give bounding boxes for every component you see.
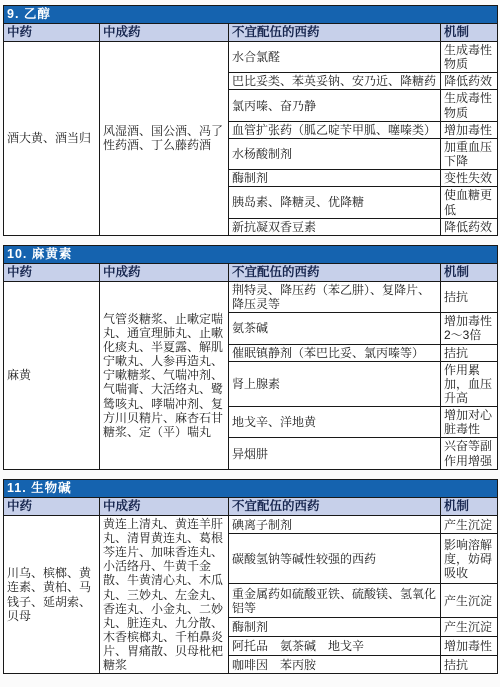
mechanism-cell: 增加毒性2～3倍 bbox=[441, 313, 498, 344]
mechanism-cell: 产生沉淀 bbox=[441, 584, 498, 618]
column-header-western-drug: 不宜配伍的西药 bbox=[229, 263, 441, 281]
column-header-mechanism: 机制 bbox=[441, 24, 498, 42]
mechanism-cell: 增加对心脏毒性 bbox=[441, 407, 498, 438]
western-drug-cell: 碘离子制剂 bbox=[229, 515, 441, 534]
western-drug-cell: 碳酸氢钠等碱性较强的西药 bbox=[229, 534, 441, 584]
patent-medicine-cell: 气管炎糖浆、止嗽定喘丸、通宣理肺丸、止嗽化痰丸、半夏露、解肌宁嗽丸、人参再造丸、… bbox=[100, 281, 229, 469]
column-header-patent-medicine: 中成药 bbox=[100, 24, 229, 42]
western-drug-cell: 荆特灵、降压药（苯乙肼）、复降片、降压灵等 bbox=[229, 281, 441, 312]
mechanism-cell: 作用累加，血压升高 bbox=[441, 361, 498, 406]
section-title: 9. 乙醇 bbox=[4, 6, 498, 24]
mechanism-cell: 降低药效 bbox=[441, 73, 498, 90]
western-drug-cell: 肾上腺素 bbox=[229, 361, 441, 406]
section-body: 麻黄气管炎糖浆、止嗽定喘丸、通宣理肺丸、止嗽化痰丸、半夏露、解肌宁嗽丸、人参再造… bbox=[4, 281, 498, 469]
western-drug-cell: 巴比妥类、苯英妥钠、安乃近、降糖药 bbox=[229, 73, 441, 90]
mechanism-cell: 增加毒性 bbox=[441, 121, 498, 138]
section-title: 10. 麻黄素 bbox=[4, 245, 498, 263]
mechanism-cell: 产生沉淀 bbox=[441, 618, 498, 637]
western-drug-cell: 水合氯醛 bbox=[229, 42, 441, 73]
western-drug-cell: 水杨酸制剂 bbox=[229, 138, 441, 169]
column-header-herb: 中药 bbox=[4, 497, 100, 515]
section-body: 酒大黄、酒当归风湿酒、国公酒、冯了性药酒、丁么藤药酒水合氯醛生成毒性物质巴比妥类… bbox=[4, 42, 498, 236]
western-drug-cell: 异烟肼 bbox=[229, 438, 441, 469]
mechanism-cell: 拮抗 bbox=[441, 655, 498, 674]
western-drug-cell: 地戈辛、洋地黄 bbox=[229, 407, 441, 438]
western-drug-cell: 氯丙嗪、奋乃静 bbox=[229, 90, 441, 121]
western-drug-cell: 胰岛素、降糖灵、优降糖 bbox=[229, 187, 441, 218]
western-drug-cell: 酶制剂 bbox=[229, 618, 441, 637]
mechanism-cell: 产生沉淀 bbox=[441, 515, 498, 534]
herb-cell: 酒大黄、酒当归 bbox=[4, 42, 100, 236]
mechanism-cell: 生成毒性物质 bbox=[441, 42, 498, 73]
drug-interaction-tables: 9. 乙醇 中药 中成药 不宜配伍的西药 机制 酒大黄、酒当归风湿酒、国公酒、冯… bbox=[3, 5, 497, 674]
table-row: 酒大黄、酒当归风湿酒、国公酒、冯了性药酒、丁么藤药酒水合氯醛生成毒性物质 bbox=[4, 42, 498, 73]
column-header-mechanism: 机制 bbox=[441, 497, 498, 515]
section-title: 11. 生物碱 bbox=[4, 479, 498, 497]
column-header-mechanism: 机制 bbox=[441, 263, 498, 281]
column-header-patent-medicine: 中成药 bbox=[100, 263, 229, 281]
mechanism-cell: 拮抗 bbox=[441, 344, 498, 361]
drug-interaction-table: 11. 生物碱 中药 中成药 不宜配伍的西药 机制 川乌、槟榔、黄连素、黄柏、马… bbox=[3, 479, 498, 675]
western-drug-cell: 酶制剂 bbox=[229, 170, 441, 187]
western-drug-cell: 氨茶碱 bbox=[229, 313, 441, 344]
table-row: 麻黄气管炎糖浆、止嗽定喘丸、通宣理肺丸、止嗽化痰丸、半夏露、解肌宁嗽丸、人参再造… bbox=[4, 281, 498, 312]
mechanism-cell: 拮抗 bbox=[441, 281, 498, 312]
herb-cell: 川乌、槟榔、黄连素、黄柏、马钱子、延胡索、贝母 bbox=[4, 515, 100, 674]
mechanism-cell: 降低药效 bbox=[441, 218, 498, 235]
column-header-patent-medicine: 中成药 bbox=[100, 497, 229, 515]
western-drug-cell: 催眠镇静剂（苯巴比妥、氯丙嗪等） bbox=[229, 344, 441, 361]
mechanism-cell: 加重血压下降 bbox=[441, 138, 498, 169]
drug-interaction-table: 10. 麻黄素 中药 中成药 不宜配伍的西药 机制 麻黄气管炎糖浆、止嗽定喘丸、… bbox=[3, 245, 498, 470]
table-row: 川乌、槟榔、黄连素、黄柏、马钱子、延胡索、贝母黄连上清丸、黄连羊肝丸、清胃黄连丸… bbox=[4, 515, 498, 534]
western-drug-cell: 咖啡因 苯丙胺 bbox=[229, 655, 441, 674]
column-header-herb: 中药 bbox=[4, 263, 100, 281]
herb-cell: 麻黄 bbox=[4, 281, 100, 469]
patent-medicine-cell: 黄连上清丸、黄连羊肝丸、清胃黄连丸、葛根芩连片、加味香连丸、小活络丹、牛黄千金散… bbox=[100, 515, 229, 674]
column-header-western-drug: 不宜配伍的西药 bbox=[229, 497, 441, 515]
western-drug-cell: 新抗凝双香豆素 bbox=[229, 218, 441, 235]
western-drug-cell: 重金属药如硫酸亚铁、硫酸镁、氢氧化铝等 bbox=[229, 584, 441, 618]
mechanism-cell: 影响溶解度，妨碍吸收 bbox=[441, 534, 498, 584]
column-header-western-drug: 不宜配伍的西药 bbox=[229, 24, 441, 42]
mechanism-cell: 兴奋等副作用增强 bbox=[441, 438, 498, 469]
western-drug-cell: 阿托品 氨茶碱 地戈辛 bbox=[229, 636, 441, 655]
section-body: 川乌、槟榔、黄连素、黄柏、马钱子、延胡索、贝母黄连上清丸、黄连羊肝丸、清胃黄连丸… bbox=[4, 515, 498, 674]
mechanism-cell: 使血糖更低 bbox=[441, 187, 498, 218]
column-header-herb: 中药 bbox=[4, 24, 100, 42]
mechanism-cell: 生成毒性物质 bbox=[441, 90, 498, 121]
western-drug-cell: 血管扩张药（胍乙啶苄甲胍、噻嗪类） bbox=[229, 121, 441, 138]
drug-interaction-table: 9. 乙醇 中药 中成药 不宜配伍的西药 机制 酒大黄、酒当归风湿酒、国公酒、冯… bbox=[3, 5, 498, 236]
patent-medicine-cell: 风湿酒、国公酒、冯了性药酒、丁么藤药酒 bbox=[100, 42, 229, 236]
mechanism-cell: 变性失效 bbox=[441, 170, 498, 187]
mechanism-cell: 增加毒性 bbox=[441, 636, 498, 655]
